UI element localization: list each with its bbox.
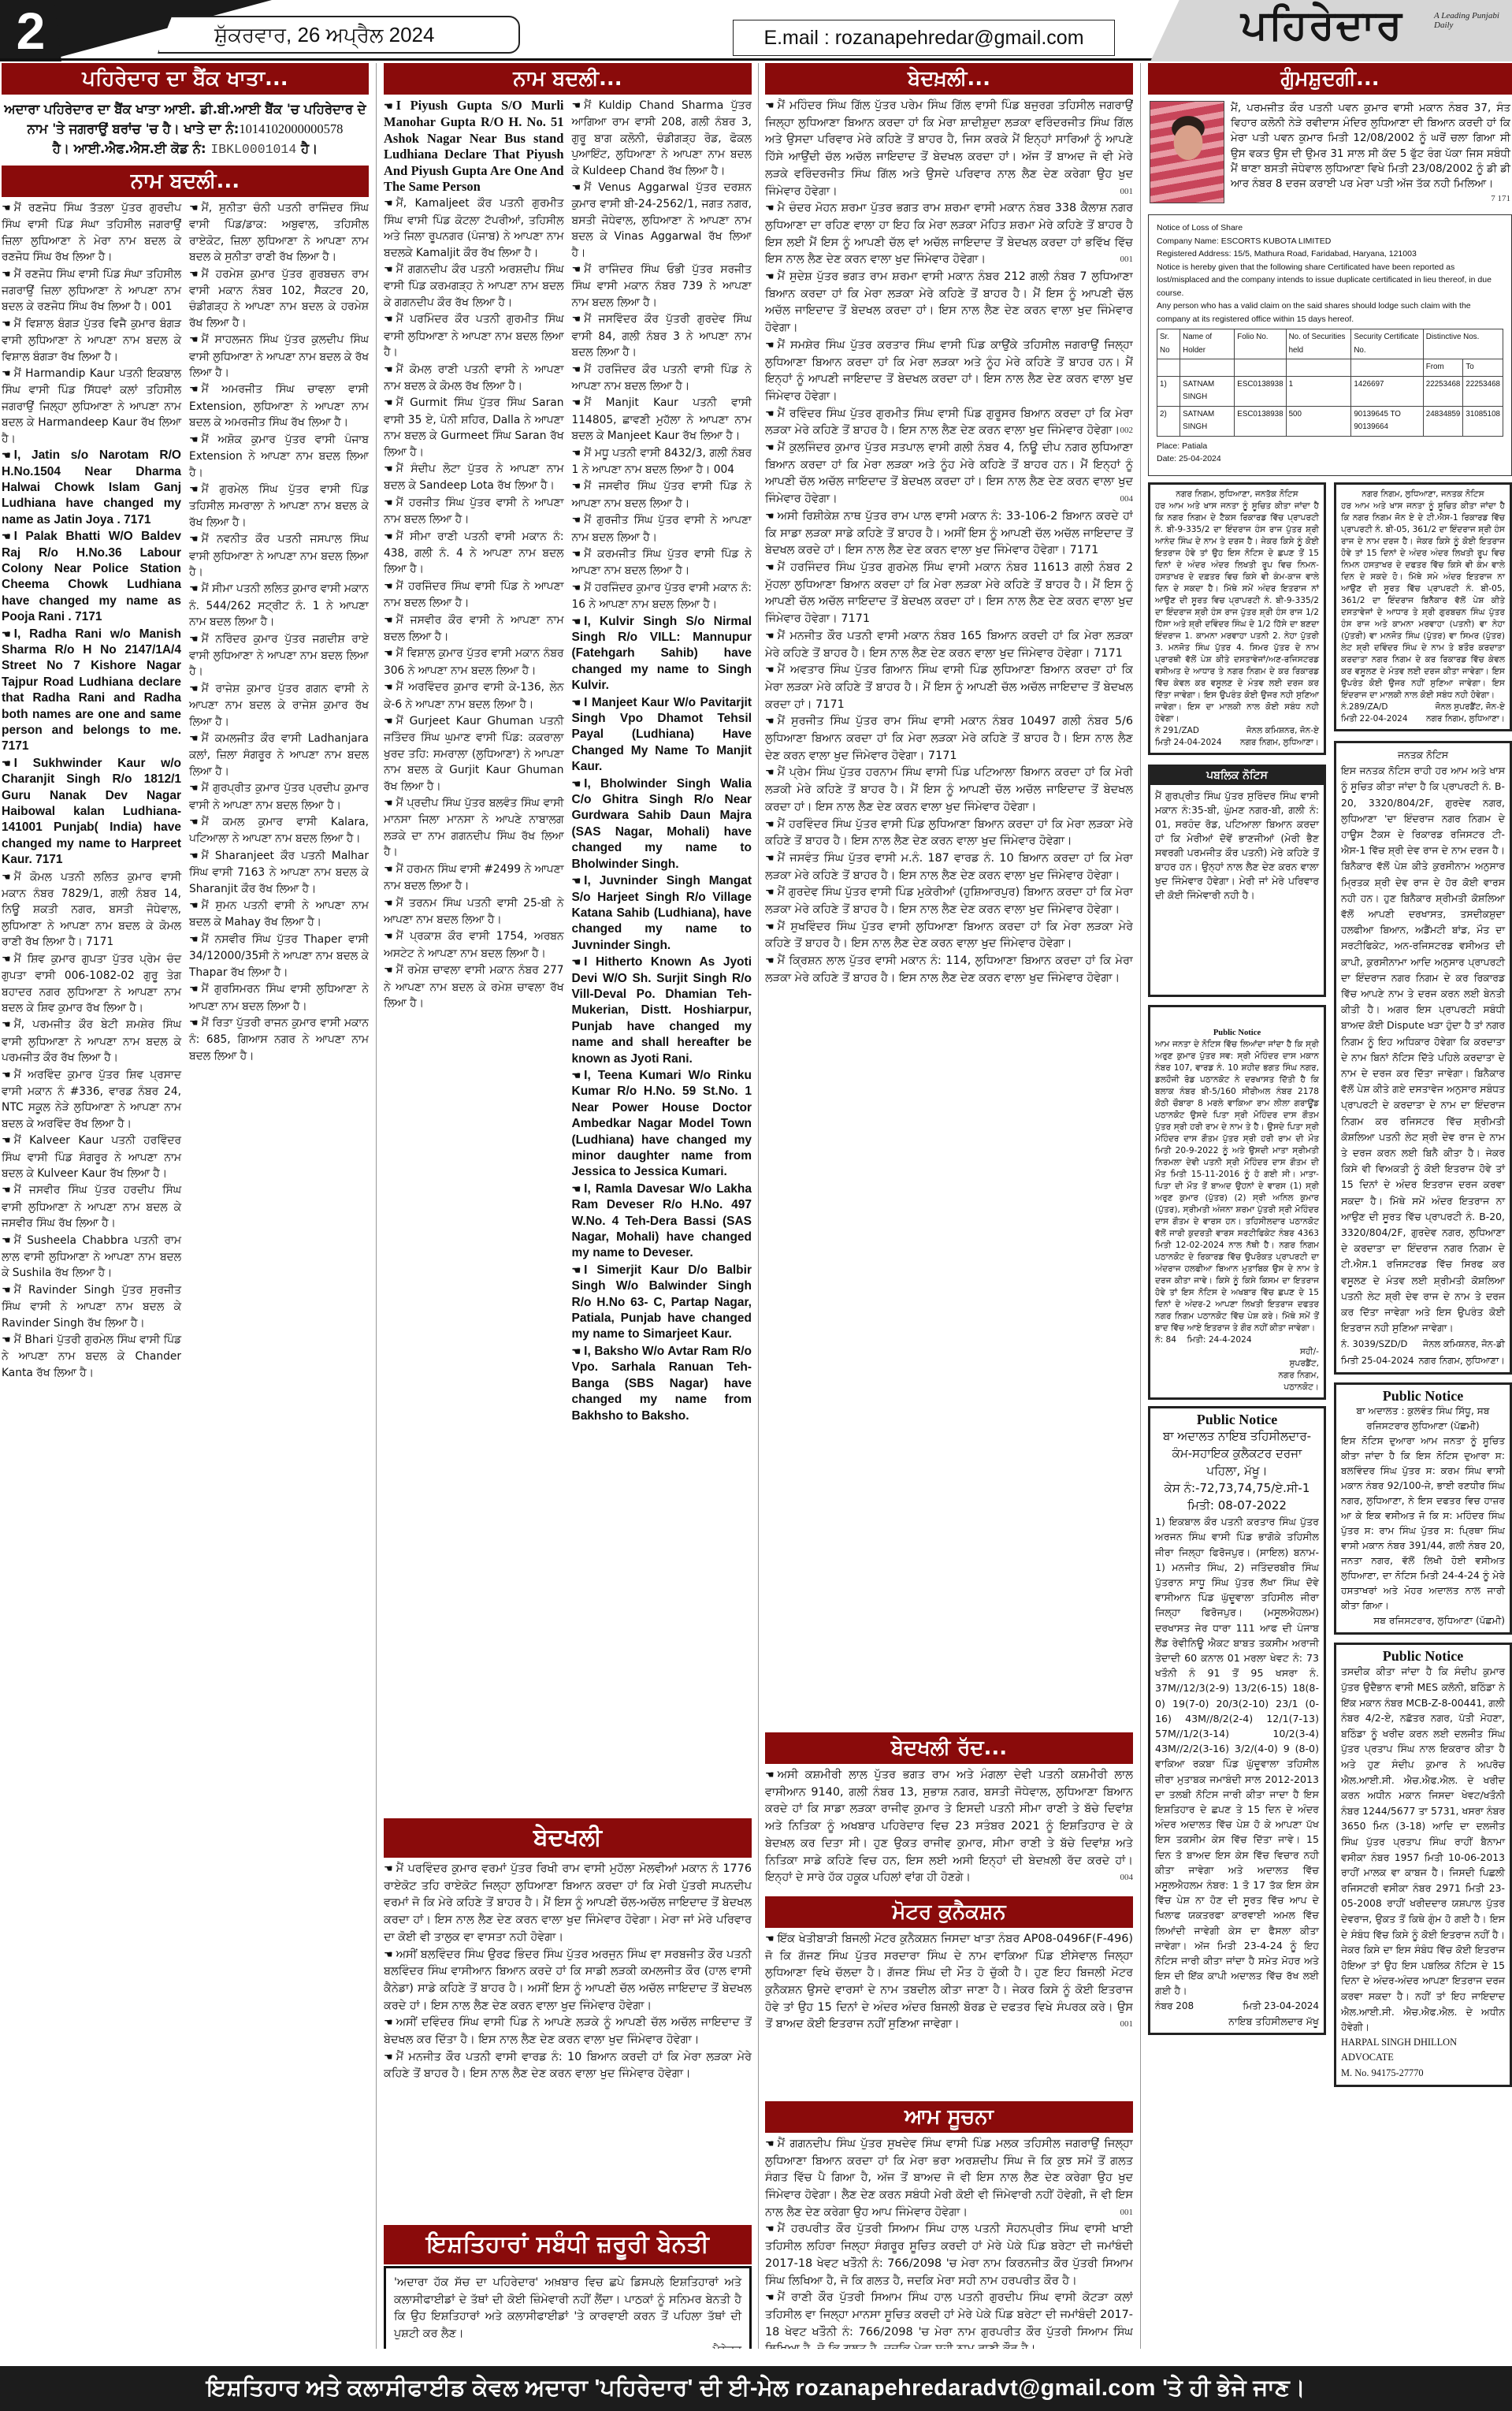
name-change-item: ☚ਮੈਂ ਜਸਵਿੰਦਰ ਕੌਰ ਪੁੱਤਰੀ ਗੁਰਦੇਵ ਸਿੰਘ ਵਾਸੀ… (572, 311, 752, 360)
logo-tagline: A Leading Punjabi Daily (1434, 11, 1512, 30)
disown-item: ☚ਮੈਂ ਸੁਦੇਸ਼ ਪੁੱਤਰ ਭਗਤ ਰਾਮ ਸ਼ਰਮਾ ਵਾਸੀ ਮਕਾ… (765, 269, 1133, 337)
motor-connection-notice: ☚ਇੱਕ ਖੇਤੀਬਾੜੀ ਬਿਜਲੀ ਮੋਟਰ ਕੁਨੈਕਸ਼ਨ ਜਿਸਦਾ … (765, 1931, 1133, 2089)
pointing-hand-icon: ☚ (384, 531, 393, 543)
name-change-item: ☚I Simerjit Kaur D/o Balbir Singh W/o Ba… (572, 1263, 752, 1343)
pointing-hand-icon: ☚ (2, 1135, 11, 1147)
pointing-hand-icon: ☚ (572, 582, 581, 594)
name-change-list: ☚I Piyush Gupta S/O Murli Manohar Gupta … (384, 98, 752, 1812)
general-notice-item: ☚ਮੈਂ ਹਰਪਰੀਤ ਕੌਰ ਪੁੱਤਰੀ ਸਿਆਮ ਸਿੰਘ ਹਾਲ ਪਤਨ… (765, 2221, 1133, 2290)
disown-item: ☚ਮੈ ਚੰਦਰ ਮੋਹਨ ਸ਼ਰਮਾ ਪੁੱਤਰ ਭਗਤ ਰਾਮ ਸ਼ਰਮਾ … (765, 200, 1133, 269)
name-change-item: ☚ਮੈਂ ਗੁਰਪ੍ਰੀਤ ਕੁਮਾਰ ਪੁੱਤਰ ਪ੍ਰਦੀਪ ਕੁਮਾਰ ਵ… (189, 780, 369, 813)
name-change-subcolumn: ☚ਮੈਂ ਰਣਜੋਧ ਸਿੰਘ ਤੱਤਲਾ ਪੁੱਤਰ ਗੁਰਦੀਪ ਸਿੰਘ … (2, 200, 181, 1382)
pointing-hand-icon: ☚ (572, 397, 581, 409)
name-change-item: ☚ਮੈਂ ਅਮਰਜੀਤ ਸਿੰਘ ਚਾਵਲਾ ਵਾਸੀ Extension, ਲ… (189, 381, 369, 430)
pointing-hand-icon: ☚ (765, 340, 775, 352)
name-change-item: ☚I Palak Bhatti W/O Baldev Raj R/o H.No.… (2, 529, 181, 625)
pointing-hand-icon: ☚ (2, 203, 11, 214)
pointing-hand-icon: ☚ (189, 984, 199, 995)
disown-revoke-header: ਬੇਦਖਲੀ ਰੱਦ... (765, 1732, 1133, 1764)
pointing-hand-icon: ☚ (384, 1863, 393, 1875)
pointing-hand-icon: ☚ (189, 683, 199, 695)
name-change-subcolumn: ☚I Piyush Gupta S/O Murli Manohar Gupta … (384, 98, 564, 1812)
pointing-hand-icon: ☚ (384, 497, 393, 509)
pointing-hand-icon: ☚ (2, 954, 11, 966)
pointing-hand-icon: ☚ (765, 664, 775, 676)
pointing-hand-icon: ☚ (765, 271, 775, 283)
name-change-item: ☚ਮੈਂ ਹਰਜਿੰਦਰ ਕੌਰ ਪਤਨੀ ਵਾਸੀ ਪਿੰਡ ਨੇ ਆਪਣਾ … (572, 362, 752, 395)
name-change-item: ☚ਮੈਂ ਰਾਜਿੰਦਰ ਸਿੰਘ ਓਭੀ ਪੁੱਤਰ ਸਰਜੀਤ ਸਿੰਘ ਵ… (572, 262, 752, 311)
pointing-hand-icon: ☚ (765, 819, 775, 831)
column-2: ਨਾਮ ਬਦਲੀ... ☚I Piyush Gupta S/O Murli Ma… (384, 63, 752, 2349)
name-change-item: ☚ਮੈਂ ਕਮਲ ਕੁਮਾਰ ਵਾਸੀ Kalara, ਪਟਿਆਲਾ ਨੇ ਆਪ… (189, 814, 369, 847)
pointing-hand-icon: ☚ (572, 697, 581, 709)
pointing-hand-icon: ☚ (572, 515, 581, 526)
pointing-hand-icon: ☚ (572, 1183, 581, 1195)
name-change-item: ☚ਮੈਂ Sharanjeet ਕੌਰ ਪਤਨੀ Malhar ਸਿੰਘ ਵਾਸ… (189, 848, 369, 897)
pointing-hand-icon: ☚ (384, 397, 393, 409)
disown-header: ਬੇਦਖ਼ਲੀ... (765, 63, 1133, 95)
name-change-item: ☚ਮੈਂ ਰਣਜੋਧ ਸਿੰਘ ਤੱਤਲਾ ਪੁੱਤਰ ਗੁਰਦੀਪ ਸਿੰਘ … (2, 200, 181, 266)
disown-item: ☚ਮੈਂ ਹਰਜਿੰਦਰ ਸਿੰਘ ਪੁੱਤਰ ਗੁਰਮੇਲ ਸਿੰਘ ਵਾਸੀ… (765, 560, 1133, 628)
ad-appeal-text: 'ਅਦਾਰਾ ਹੱਕ ਸੱਚ ਦਾ ਪਹਿਰੇਦਾਰ' ਅਖ਼ਬਾਰ ਵਿਚ ਛ… (394, 2275, 741, 2342)
column-1: ਪਹਿਰੇਦਾਰ ਦਾ ਬੈਂਕ ਖਾਤਾ... ਅਦਾਰਾ ਪਹਿਰੇਦਾਰ … (2, 63, 369, 2349)
name-change-item: ☚ਮੈਂ ਰਾਜੇਸ਼ ਕੁਮਾਰ ਪੁੱਤਰ ਗਗਨ ਵਾਸੀ ਨੇ ਆਪਣਾ… (189, 681, 369, 730)
pointing-hand-icon: ☚ (2, 757, 11, 769)
disown-item: ☚ਮੈਂ ਪ੍ਰੇਮ ਸਿੰਘ ਪੁੱਤਰ ਹਰਨਾਮ ਸਿੰਘ ਵਾਸੀ ਪਿ… (765, 765, 1133, 816)
ad-code: 004 (1120, 491, 1134, 508)
pointing-hand-icon: ☚ (765, 631, 775, 642)
name-change-item: ☚ਮੈਂ, ਪਰਮਜੀਤ ਕੌਰ ਬੇਟੀ ਸ਼ਮਸ਼ੇਰ ਸਿੰਘ ਵਾਸੀ … (2, 1017, 181, 1066)
pointing-hand-icon: ☚ (189, 384, 199, 396)
name-change-item: ☚ਮੈਂ ਪ੍ਰਦੀਪ ਸਿੰਘ ਪੁੱਤਰ ਬਲਵੰਤ ਸਿੰਘ ਵਾਸੀ ਮ… (384, 795, 564, 861)
pointing-hand-icon: ☚ (765, 408, 775, 420)
pointing-hand-icon: ☚ (189, 850, 199, 862)
pointing-hand-icon: ☚ (189, 534, 199, 545)
name-change-header: ਨਾਮ ਬਦਲੀ... (384, 63, 752, 95)
disown-item: ☚ਮੈਂ ਪਰਵਿੰਦਰ ਕੁਮਾਰ ਵਰਮਾਂ ਪੁੱਤਰ ਰਿਖੀ ਰਾਮ … (384, 1861, 752, 1947)
name-change-item: ☚ਮੈਂ ਨਵਨੀਤ ਕੌਰ ਪਤਨੀ ਜਸਪਾਲ ਸਿੰਘ ਵਾਸੀ ਲੁਧਿ… (189, 531, 369, 580)
name-change-item: ☚ਮੈਂ ਹਰਜਿੰਦਰ ਕੁਮਾਰ ਪੁੱਤਰ ਵਾਸੀ ਮਕਾਨ ਨੰ: 1… (572, 580, 752, 613)
name-change-header: ਨਾਮ ਬਦਲੀ... (2, 166, 369, 197)
name-change-item: ☚ਮੈਂ ਸੁਮਨ ਪਤਨੀ ਵਾਸੀ ਨੇ ਆਪਣਾ ਨਾਮ ਬਦਲ ਕੇ M… (189, 898, 369, 931)
public-notice-pa: ਪਬਲਿਕ ਨੋਟਿਸ ਮੈਂ ਗੁਰਪ੍ਰੀਤ ਸਿੰਘ ਪੁੱਤਰ ਸੁਰਿ… (1148, 765, 1326, 997)
name-change-item: ☚ਮੈਂ ਸੀਮਾ ਰਾਣੀ ਪਤਨੀ ਵਾਸੀ ਮਕਾਨ ਨੰ: 438, ਗ… (384, 529, 564, 578)
pointing-hand-icon: ☚ (765, 716, 775, 727)
pointing-hand-icon: ☚ (2, 269, 11, 281)
pointing-hand-icon: ☚ (2, 872, 11, 884)
pointing-hand-icon: ☚ (384, 100, 393, 112)
name-change-list: ☚ਮੈਂ ਰਣਜੋਧ ਸਿੰਘ ਤੱਤਲਾ ਪੁੱਤਰ ਗੁਰਦੀਪ ਸਿੰਘ … (2, 200, 369, 1382)
pointing-hand-icon: ☚ (384, 682, 393, 694)
missing-person-text: ਮੈਂ, ਪਰਮਜੀਤ ਕੌਰ ਪਤਨੀ ਪਵਨ ਕੁਮਾਰ ਵਾਸੀ ਮਕਾਨ… (1231, 101, 1510, 206)
disown-item: ☚ਅਸੀ ਰਿਸ਼ੀਕੇਸ਼ ਨਾਥ ਪੁੱਤਰ ਰਾਮ ਪਾਲ ਵਾਸੀ ਮਕ… (765, 508, 1133, 560)
pointing-hand-icon: ☚ (384, 581, 393, 593)
pointing-hand-icon: ☚ (189, 634, 199, 646)
pointing-hand-icon: ☚ (384, 198, 393, 210)
pointing-hand-icon: ☚ (765, 921, 775, 933)
disown-item: ☚ਮੈਂ ਹਰਵਿੰਦਰ ਸਿੰਘ ਪੁੱਤਰ ਵਾਸੀ ਪਿੰਡ ਲੁਧਿਆਣ… (765, 817, 1133, 850)
name-change-item: ☚I, Kulvir Singh S/o Nirmal Singh R/o VI… (572, 614, 752, 694)
pointing-hand-icon: ☚ (765, 2223, 775, 2235)
pointing-hand-icon: ☚ (384, 314, 393, 326)
pointing-hand-icon: ☚ (189, 817, 199, 828)
pointing-hand-icon: ☚ (572, 314, 581, 326)
bank-account-notice: ਅਦਾਰਾ ਪਹਿਰੇਦਾਰ ਦਾ ਬੈਂਕ ਖਾਤਾ ਆਈ. ਡੀ.ਬੀ.ਆਈ… (2, 98, 369, 166)
general-notice-item: ☚ਮੈਂ ਗਗਨਦੀਪ ਸਿੰਘ ਪੁੱਤਰ ਸੁਖਦੇਵ ਸਿੰਘ ਵਾਸੀ … (765, 2136, 1133, 2222)
name-change-item: ☚ਮੈਂ ਪ੍ਰਕਾਸ਼ ਕੌਰ ਵਾਸੀ 1754, ਅਰਬਨ ਅਸਟੇਟ ਨ… (384, 928, 564, 962)
pathankot-public-notice: Public Notice ਆਮ ਜਨਤਾ ਦੇ ਨੋਟਿਸ ਵਿੱਚ ਲਿਆਂ… (1148, 1005, 1326, 1400)
bank-line: ਹੈ। ਆਈ.ਐਫ.ਐਸ.ਈ ਕੋਡ ਨੰ: IBKL0001014 ਹੈ। (3, 139, 367, 159)
table-header-row: Sr. No Name of Holder Folio No. No. of S… (1157, 329, 1503, 359)
ad-code: 001 (1120, 2016, 1134, 2033)
name-change-item: ☚ਮੈਂ ਸ਼ਿਵ ਕੁਮਾਰ ਗੁਪਤਾ ਪੁੱਤਰ ਪ੍ਰੇਮ ਚੰਦ ਗੁ… (2, 951, 181, 1017)
name-change-item: ☚ਮੈਂ ਰਣਜੋਧ ਸਿੰਘ ਵਾਸੀ ਪਿੰਡ ਸੰਘਾ ਤਹਿਸੀਲ ਜਗ… (2, 266, 181, 315)
pointing-hand-icon: ☚ (2, 1235, 11, 1247)
ad-code: 7 171 (1491, 192, 1510, 206)
disown-item: ☚ਮੈਂ ਕ੍ਰਿਸ਼ਨ ਲਾਲ ਪੁੱਤਰ ਵਾਸੀ ਮਕਾਨ ਨੰ: 114… (765, 953, 1133, 987)
name-change-item: ☚ਮੈਂ ਅਰਵਿੰਦ ਕੁਮਾਰ ਪੁੱਤਰ ਸ਼ਿਵ ਪ੍ਰਸਾਦ ਵਾਸੀ… (2, 1067, 181, 1133)
notice-stack-right: ਨਗਰ ਨਿਗਮ, ਲੁਧਿਆਣਾ, ਜਨਤਕ ਨੋਟਿਸ ਹਰ ਆਮ ਅਤੇ … (1334, 482, 1512, 2088)
disown-item: ☚ਮੈਂ ਰਵਿੰਦਰ ਸਿੰਘ ਪੁੱਤਰ ਗੁਰਮੀਤ ਸਿੰਘ ਵਾਸੀ … (765, 406, 1133, 440)
pointing-hand-icon: ☚ (2, 628, 11, 640)
bathinda-public-notice: Public Notice ਤਸਦੀਕ ਕੀਤਾ ਜਾਂਦਾ ਹੈ ਕਿ ਸੰਦ… (1334, 1643, 1512, 2088)
missing-person-header: ਗੁੰਮਸ਼ੁਦਗੀ... (1148, 63, 1512, 95)
disown-item: ☚ਮੈਂ ਜਸਵੰਤ ਸਿੰਘ ਪੁੱਤਰ ਵਾਸੀ ਮ.ਨੰ. 187 ਵਾਰ… (765, 850, 1133, 884)
ad-code: 001 (1120, 184, 1134, 201)
pointing-hand-icon: ☚ (572, 364, 581, 376)
notice-stack-left: ਨਗਰ ਨਿਗਮ, ਲੁਧਿਆਣਾ, ਜਨਤੱਕ ਨੋਟਿਸ ਹਰ ਆਮ ਅਤੇ… (1148, 482, 1326, 2088)
general-notice-list: ☚ਮੈਂ ਗਗਨਦੀਪ ਸਿੰਘ ਪੁੱਤਰ ਸੁਖਦੇਵ ਸਿੰਘ ਵਾਸੀ … (765, 2136, 1133, 2349)
manager-signature: ਮੈਨੇਜਰ (394, 2342, 741, 2349)
pointing-hand-icon: ☚ (2, 1285, 11, 1297)
pointing-hand-icon: ☚ (189, 203, 199, 214)
pointing-hand-icon: ☚ (572, 1070, 581, 1081)
general-notice-item: ☚ਮੈਂ ਰਾਣੀ ਕੌਰ ਪੁੱਤਰੀ ਸਿਆਮ ਸਿੰਘ ਹਾਲ ਪਤਨੀ … (765, 2290, 1133, 2349)
name-change-item: ☚ਮੈਂ ਨਰਿੰਦਰ ਕੁਮਾਰ ਪੁੱਤਰ ਜਗਦੀਸ਼ ਰਾਏ ਵਾਸੀ … (189, 631, 369, 680)
pointing-hand-icon: ☚ (189, 434, 199, 446)
pointing-hand-icon: ☚ (384, 463, 393, 475)
pointing-hand-icon: ☚ (572, 875, 581, 887)
pointing-hand-icon: ☚ (2, 1070, 11, 1081)
pointing-hand-icon: ☚ (765, 2292, 775, 2304)
pointing-hand-icon: ☚ (2, 1019, 11, 1031)
issue-date: ਸ਼ੁੱਕਰਵਾਰ, 26 ਅਪ੍ਰੈਲ 2024 (158, 16, 520, 54)
name-change-item: ☚I, Juvninder Singh Mangat S/o Harjeet S… (572, 873, 752, 954)
page-number: 2 (0, 0, 61, 61)
bank-account-header: ਪਹਿਰੇਦਾਰ ਦਾ ਬੈਂਕ ਖਾਤਾ... (2, 63, 369, 95)
name-change-item: ☚ਮੈਂ Venus Aggarwal ਪੁੱਤਰ ਦਰਸ਼ਨ ਕੁਮਾਰ ਵਾ… (572, 180, 752, 261)
pointing-hand-icon: ☚ (384, 898, 393, 910)
name-change-item: ☚ਮੈਂ ਹਰਮਨ ਸਿੰਘ ਵਾਸੀ #2499 ਨੇ ਆਪਣਾ ਨਾਮ ਬਦ… (384, 861, 564, 895)
name-change-item: ☚ਮੈਂ ਕਮਲਜੀਤ ਕੌਰ ਵਾਸੀ Ladhanjara ਕਲਾਂ, ਜ਼… (189, 731, 369, 779)
name-change-item: ☚ਮੈਂ, Kamaljeet ਕੌਰ ਪਤਨੀ ਗੁਰਮੀਤ ਸਿੰਘ ਵਾਸ… (384, 195, 564, 261)
disown-item: ☚ਮੈਂ ਸੁਖਵਿੰਦਰ ਸਿੰਘ ਪੁੱਤਰ ਵਾਸੀ ਲੁਧਿਆਣਾ ਬਿ… (765, 919, 1133, 953)
name-change-item: ☚ਮੈਂ ਜਸਵੀਰ ਕੌਰ ਵਾਸੀ ਨੇ ਆਪਣਾ ਨਾਮ ਬਦਲ ਲਿਆ … (384, 612, 564, 646)
name-change-item: ☚ਮੈਂ ਕਰਮਜੀਤ ਸਿੰਘ ਪੁੱਤਰ ਵਾਸੀ ਪਿੰਡ ਨੇ ਆਪਣਾ… (572, 546, 752, 579)
pointing-hand-icon: ☚ (384, 2017, 393, 2029)
column-4: ਗੁੰਮਸ਼ੁਦਗੀ... ਮੈਂ, ਪਰਮਜੀਤ ਕੌਰ ਪਤਨੀ ਪਵਨ ਕ… (1148, 63, 1512, 2349)
name-change-subcolumn: ☚ਮੈਂ Kuldip Chand Sharma ਪੁੱਤਰ ਆਗਿਆ ਰਾਮ … (572, 98, 752, 1812)
disown-item: ☚ਅਸੀਂ ਬਲਵਿੰਦਰ ਸਿੰਘ ਉਰਫ ਭਿੰਦਰ ਸਿੰਘ ਪੁੱਤਰ … (384, 1947, 752, 2015)
masthead: 2 ਸ਼ੁੱਕਰਵਾਰ, 26 ਅਪ੍ਰੈਲ 2024 E.mail : roz… (0, 0, 1512, 61)
missing-person-photo (1150, 101, 1224, 203)
pointing-hand-icon: ☚ (189, 934, 199, 946)
pointing-hand-icon: ☚ (2, 368, 11, 380)
ad-code: 002 (1120, 422, 1134, 440)
pointing-hand-icon: ☚ (572, 264, 581, 276)
footer-banner: ਇਸ਼ਤਿਹਾਰ ਅਤੇ ਕਲਾਸੀਫਾਈਡ ਕੇਵਲ ਅਦਾਰਾ 'ਪਹਿਰੇ… (0, 2366, 1512, 2411)
column-3: ਬੇਦਖ਼ਲੀ... ☚ਮੈਂ ਮਹਿੰਦਰ ਸਿੰਘ ਗਿੱਲ ਪੁੱਤਰ ਪ… (765, 63, 1133, 2349)
pointing-hand-icon: ☚ (765, 887, 775, 899)
ad-code: 004 (1120, 1870, 1134, 1887)
pointing-hand-icon: ☚ (572, 182, 581, 194)
pointing-hand-icon: ☚ (189, 484, 199, 496)
pointing-hand-icon: ☚ (572, 616, 581, 627)
name-change-item: ☚ਮੈਂ ਕੋਮਲ ਰਾਣੀ ਪਤਨੀ ਵਾਸੀ ਨੇ ਆਪਣਾ ਨਾਮ ਬਦਲ… (384, 362, 564, 395)
pointing-hand-icon: ☚ (572, 549, 581, 560)
name-change-item: ☚ਮੈਂ ਰਿਤਾ ਪੁੱਤਰੀ ਰਾਜਨ ਕੁਮਾਰ ਵਾਸੀ ਮਕਾਨ ਨੰ… (189, 1015, 369, 1064)
disown-list: ☚ਮੈਂ ਮਹਿੰਦਰ ਸਿੰਘ ਗਿੱਲ ਪੁੱਤਰ ਪਰੇਮ ਸਿੰਘ ਗਿ… (765, 98, 1133, 1690)
pointing-hand-icon: ☚ (765, 1769, 775, 1781)
pointing-hand-icon: ☚ (189, 583, 199, 595)
column-divider (376, 63, 377, 2349)
name-change-item: ☚ਮੈਂ ਸੰਦੀਪ ਲੋਟਾ ਪੁੱਤਰ ਨੇ ਆਪਣਾ ਨਾਮ ਬਦਲ ਕੇ… (384, 461, 564, 494)
pointing-hand-icon: ☚ (765, 562, 775, 574)
name-change-item: ☚ਮੈਂ ਕੋਮਲ ਪਤਨੀ ਲਲਿਤ ਕੁਮਾਰ ਵਾਸੀ ਮਕਾਨ ਨੰਬਰ… (2, 869, 181, 951)
name-change-item: ☚ਮੈਂ ਮਧੂ ਪਤਨੀ ਵਾਸੀ 8432/3, ਗਲੀ ਨੰਬਰ 1 ਨੇ… (572, 445, 752, 478)
masthead-rule (0, 58, 1166, 61)
name-change-item: ☚ਮੈਂ, ਸੁਨੀਤਾ ਚੰਨੀ ਪਤਨੀ ਰਾਜਿੰਦਰ ਸਿੰਘ ਵਾਸੀ… (189, 200, 369, 266)
pointing-hand-icon: ☚ (189, 783, 199, 794)
tehsildar-public-notice: Public Notice ਬਾ ਅਦਾਲਤ ਨਾਇਬ ਤਹਿਸੀਲਦਾਰ- ਕ… (1148, 1406, 1326, 2035)
name-change-item: ☚ਮੈਂ Manjit Kaur ਪਤਨੀ ਵਾਸੀ 114805, ਛਾਵਣੀ… (572, 395, 752, 444)
name-change-item: ☚ਮੈਂ ਅਸ਼ੋਕ ਕੁਮਾਰ ਪੁੱਤਰ ਵਾਸੀ ਪੰਜਾਬ Extens… (189, 432, 369, 481)
column-divider (758, 63, 759, 2349)
name-change-item: ☚ਮੈਂ ਨਸਵੀਰ ਸਿੰਘ ਪੁੱਤਰ Thaper ਵਾਸੀ 34/120… (189, 932, 369, 980)
pointing-hand-icon: ☚ (765, 100, 775, 112)
disown-revoke-notice: ☚ਅਸੀ ਕਸ਼ਮੀਰੀ ਲਾਲ ਪੁੱਤਰ ਭਗਤ ਰਾਮ ਅਤੇ ਮੰਗਲਾ… (765, 1767, 1133, 1887)
pointing-hand-icon: ☚ (765, 2138, 775, 2150)
name-change-item: ☚ਮੈਂ ਜਸਵੀਰ ਸਿੰਘ ਪੁੱਤਰ ਵਾਸੀ ਪਿੰਡ ਨੇ ਆਪਣਾ … (572, 478, 752, 512)
pointing-hand-icon: ☚ (2, 530, 11, 542)
newspaper-logo: ਪਹਿਰੇਦਾਰ (1241, 2, 1403, 50)
pointing-hand-icon: ☚ (384, 615, 393, 627)
pointing-hand-icon: ☚ (384, 2052, 393, 2063)
name-change-item: ☚I, Teena Kumari W/o Rinku Kumar R/o H.N… (572, 1068, 752, 1181)
pointing-hand-icon: ☚ (189, 733, 199, 745)
motor-connection-header: ਮੋਟਰ ਕੁਨੈਕਸ਼ਨ (765, 1896, 1133, 1928)
name-change-item: ☚ਮੈਂ ਸੀਮਾ ਪਤਨੀ ਲਲਿਤ ਕੁਮਾਰ ਵਾਸੀ ਮਕਾਨ ਨੰ. … (189, 581, 369, 630)
pointing-hand-icon: ☚ (765, 442, 775, 454)
pointing-hand-icon: ☚ (189, 1018, 199, 1029)
name-change-item: ☚I Sukhwinder Kaur w/o Charanjit Singh R… (2, 756, 181, 869)
name-change-item: ☚I, Baksho W/o Avtar Ram R/o Vpo. Sarhal… (572, 1344, 752, 1424)
disown-header: ਬੇਦਖਲੀ (384, 1818, 752, 1858)
table-subheader-row: From To (1157, 359, 1503, 377)
notice-place: Place: Patiala (1157, 440, 1503, 453)
name-change-item: ☚I, Jatin s/o Narotam R/O H.No.1504 Near… (2, 448, 181, 528)
pointing-hand-icon: ☚ (189, 269, 199, 281)
ad-appeal-box: 'ਅਦਾਰਾ ਹੱਕ ਸੱਚ ਦਾ ਪਹਿਰੇਦਾਰ' ਅਖ਼ਬਾਰ ਵਿਚ ਛ… (384, 2266, 752, 2349)
disown-item: ☚ਮੈਂ ਮਨਜੀਤ ਕੌਰ ਪਤਨੀ ਵਾਸੀ ਮਕਾਨ ਨੰਬਰ 165 ਬ… (765, 628, 1133, 662)
sub-registrar-notice: Public Notice ਬਾ ਅਦਾਲਤ : ਕੁਲਵੰਤ ਸਿੰਘ ਸਿੱ… (1334, 1382, 1512, 1635)
name-change-item: ☚ਮੈਂ Gurmit ਸਿੰਘ ਪੁੱਤਰ ਸਿੰਘ Saran ਵਾਸੀ 3… (384, 395, 564, 460)
name-change-item: ☚ਮੈਂ ਗੁਰਜੀਤ ਸਿੰਘ ਪੁੱਤਰ ਵਾਸੀ ਨੇ ਆਪਣਾ ਨਾਮ … (572, 512, 752, 545)
pointing-hand-icon: ☚ (572, 448, 581, 460)
name-change-item: ☚ਮੈਂ ਰਮੇਸ਼ ਚਾਵਲਾ ਵਾਸੀ ਮਕਾਨ ਨੰਬਰ 277 ਨੇ ਆ… (384, 962, 564, 1011)
disown-item: ☚ਮੈਂ ਸੁਰਜੀਤ ਸਿੰਘ ਪੁੱਤਰ ਰਾਮ ਸਿੰਘ ਵਾਸੀ ਮਕਾ… (765, 713, 1133, 765)
column-divider (1140, 63, 1141, 2349)
name-change-item: ☚ਮੈਂ Gurjeet Kaur Ghuman ਪਤਨੀ ਜਤਿੰਦਰ ਸਿੰ… (384, 713, 564, 794)
pointing-hand-icon: ☚ (765, 767, 775, 779)
pointing-hand-icon: ☚ (765, 511, 775, 523)
mc-public-notice-2: ਨਗਰ ਨਿਗਮ, ਲੁਧਿਆਣਾ, ਜਨਤਕ ਨੋਟਿਸ ਹਰ ਆਮ ਅਤੇ … (1334, 482, 1512, 731)
account-number: 1014102000000578 (239, 121, 343, 136)
pointing-hand-icon: ☚ (2, 1334, 11, 1346)
disown-item: ☚ਮੈਂ ਮਨਜੀਤ ਕੌਰ ਪਤਨੀ ਵਾਸੀ ਵਾਰਡ ਨੰ: 10 ਬਿਆ… (384, 2049, 752, 2083)
pointing-hand-icon: ☚ (2, 318, 11, 330)
pointing-hand-icon: ☚ (765, 203, 775, 214)
name-change-item: ☚ਮੈਂ Susheela Chabbra ਪਤਨੀ ਰਾਮ ਲਾਲ ਵਾਸੀ … (2, 1233, 181, 1282)
name-change-item: ☚I Piyush Gupta S/O Murli Manohar Gupta … (384, 98, 564, 195)
name-change-item: ☚ਮੈਂ Ravinder Singh ਪੁੱਤਰ ਸੁਰਜੀਤ ਸਿੰਘ ਵਾ… (2, 1282, 181, 1331)
name-change-item: ☚ਮੈਂ ਸਾਹਲਜਨ ਸਿੰਘ ਪੁੱਤਰ ਕੁਲਦੀਪ ਸਿੰਘ ਵਾਸੀ … (189, 332, 369, 381)
company-name: Company Name: ESCORTS KUBOTA LIMITED (1157, 235, 1503, 248)
name-change-item: ☚ਮੈਂ ਹਰਜੀਤ ਸਿੰਘ ਪੁੱਤਰ ਵਾਸੀ ਨੇ ਆਪਣਾ ਨਾਮ ਬ… (384, 495, 564, 528)
name-change-item: ☚ਮੈਂ Bhari ਪੁੱਤਰੀ ਗੁਰਮੇਲ ਸਿੰਘ ਵਾਸੀ ਪਿੰਡ … (2, 1332, 181, 1381)
general-notice-header: ਆਮ ਸੂਚਨਾ (765, 2101, 1133, 2133)
pointing-hand-icon: ☚ (572, 1264, 581, 1276)
disown-list: ☚ਮੈਂ ਪਰਵਿੰਦਰ ਕੁਮਾਰ ਵਰਮਾਂ ਪੁੱਤਰ ਰਿਖੀ ਰਾਮ … (384, 1861, 752, 2208)
ad-code: 001 (1120, 2205, 1134, 2222)
name-change-item: ☚ਮੈਂ Kalveer Kaur ਪਤਨੀ ਹਰਵਿੰਦਰ ਸਿੰਘ ਵਾਸੀ… (2, 1133, 181, 1181)
pointing-hand-icon: ☚ (765, 853, 775, 865)
missing-person-notice: ਮੈਂ, ਪਰਮਜੀਤ ਕੌਰ ਪਤਨੀ ਪਵਨ ਕੁਮਾਰ ਵਾਸੀ ਮਕਾਨ… (1148, 98, 1512, 211)
name-change-item: ☚ਮੈਂ ਹਰਮੇਸ਼ ਕੁਮਾਰ ਪੁੱਤਰ ਗੁਰਬਚਨ ਰਾਮ ਵਾਸੀ … (189, 266, 369, 332)
pointing-hand-icon: ☚ (384, 965, 393, 977)
ifsc-code: IBKL0001014 (210, 142, 296, 157)
share-table: Sr. No Name of Holder Folio No. No. of S… (1157, 329, 1503, 437)
name-change-item: ☚I, Bholwinder Singh Walia C/o Ghitra Si… (572, 776, 752, 872)
pointing-hand-icon: ☚ (572, 956, 581, 968)
disown-item: ☚ਮੈਂ ਅਵਤਾਰ ਸਿੰਘ ਪੁੱਤਰ ਗਿਆਨ ਸਿੰਘ ਵਾਸੀ ਪਿੰ… (765, 662, 1133, 713)
pointing-hand-icon: ☚ (189, 334, 199, 346)
pointing-hand-icon: ☚ (384, 1949, 393, 1961)
name-change-item: ☚ਮੈਂ ਪਰਮਿੰਦਰ ਕੌਰ ਪਤਨੀ ਗੁਰਮੀਤ ਸਿੰਘ ਵਾਸੀ ਲ… (384, 311, 564, 360)
notice-date: Date: 25-04-2024 (1157, 452, 1503, 466)
name-change-item: ☚I Manjeet Kaur W/o Pavitarjit Singh Vpo… (572, 695, 752, 776)
name-change-item: ☚I Hitherto Known As Jyoti Devi W/O Sh. … (572, 954, 752, 1067)
disown-item: ☚ਮੈਂ ਕੁਲਜਿੰਦਰ ਕੁਮਾਰ ਪੁੱਤਰ ਸਤਪਾਲ ਵਾਸੀ ਗਲੀ… (765, 440, 1133, 508)
pointing-hand-icon: ☚ (384, 931, 393, 943)
ad-appeal-header: ਇਸ਼ਤਿਹਾਰਾਂ ਸਬੰਧੀ ਜ਼ਰੂਰੀ ਬੇਨਤੀ (384, 2225, 752, 2264)
pointing-hand-icon: ☚ (765, 1933, 775, 1945)
jantak-notice: ਜਨਤਕ ਨੋਟਿਸ ਇਸ ਜਨਤਕ ਨੋਟਿਸ ਰਾਹੀ ਹਰ ਆਮ ਅਤੇ … (1334, 741, 1512, 1375)
pointing-hand-icon: ☚ (384, 648, 393, 660)
bank-line: ਅਦਾਰਾ ਪਹਿਰੇਦਾਰ ਦਾ ਬੈਂਕ ਖਾਤਾ ਆਈ. ਡੀ.ਬੀ.ਆਈ… (3, 99, 367, 119)
disown-item: ☚ਅਸੀਂ ਦਵਿੰਦਰ ਸਿੰਘ ਵਾਸੀ ਪਿੰਡ ਨੇ ਆਪਣੇ ਲੜਕੇ… (384, 2015, 752, 2048)
name-change-item: ☚ਮੈਂ ਅਰਵਿੰਦਰ ਕੁਮਾਰ ਵਾਸੀ ਕੇ-136, ਲੇਨ ਕੇ-6… (384, 679, 564, 713)
bank-line: ਨਾਮ 'ਤੇ ਜਗਰਾਉਂ ਬਰਾਂਚ 'ਚ ਹੈ। ਖਾਤੇ ਦਾ ਨੰ:1… (3, 119, 367, 139)
name-change-item: ☚ਮੈਂ Kuldip Chand Sharma ਪੁੱਤਰ ਆਗਿਆ ਰਾਮ … (572, 98, 752, 179)
name-change-item: ☚ਮੈਂ ਗੁਰਸਿਮਰਨ ਸਿੰਘ ਵਾਸੀ ਲੁਧਿਆਣਾ ਨੇ ਆਪਣਾ … (189, 981, 369, 1014)
pointing-hand-icon: ☚ (189, 900, 199, 912)
email-contact[interactable]: E.mail : rozanapehredar@gmail.com (733, 20, 1115, 56)
share-loss-notice: Notice of Loss of Share Company Name: ES… (1148, 214, 1512, 476)
name-change-item: ☚ਮੈਂ ਵਿਸ਼ਾਲ ਕੁਮਾਰ ਪੁੱਤਰ ਵਾਸੀ ਮਕਾਨ ਨੰਬਰ 3… (384, 646, 564, 679)
pointing-hand-icon: ☚ (2, 1185, 11, 1196)
pointing-hand-icon: ☚ (2, 449, 11, 461)
name-change-item: ☚ਮੈਂ ਤਰਨਮ ਸਿੰਘ ਪਤਨੀ ਵਾਸੀ 25-ਬੀ ਨੇ ਆਪਣਾ ਨ… (384, 895, 564, 928)
name-change-item: ☚I, Ramla Davesar W/o Lakha Ram Deveser … (572, 1181, 752, 1262)
disown-item: ☚ਮੈਂ ਗੁਰਦੇਵ ਸਿੰਘ ਪੁੱਤਰ ਵਾਸੀ ਪਿੰਡ ਮੁਕੇਰੀਆ… (765, 884, 1133, 918)
pointing-hand-icon: ☚ (384, 798, 393, 809)
table-row: 2)SATNAM SINGHESC013893850090139645 TO 9… (1157, 406, 1503, 436)
disown-item: ☚ਮੈਂ ਮਹਿੰਦਰ ਸਿੰਘ ਗਿੱਲ ਪੁੱਤਰ ਪਰੇਮ ਸਿੰਘ ਗਿ… (765, 98, 1133, 200)
pointing-hand-icon: ☚ (384, 264, 393, 276)
name-change-item: ☚ਮੈਂ Harmandip Kaur ਪਤਨੀ ਇਕਬਾਲ ਸਿੰਘ ਵਾਸੀ… (2, 366, 181, 447)
pointing-hand-icon: ☚ (572, 481, 581, 493)
pointing-hand-icon: ☚ (384, 364, 393, 376)
public-notices-grid: ਨਗਰ ਨਿਗਮ, ਲੁਧਿਆਣਾ, ਜਨਤੱਕ ਨੋਟਿਸ ਹਰ ਆਮ ਅਤੇ… (1148, 482, 1512, 2088)
name-change-item: ☚ਮੈਂ ਗੁਰਮੇਲ ਸਿੰਘ ਪੁੱਤਰ ਵਾਸੀ ਪਿੰਡ ਤਹਿਸੀਲ … (189, 482, 369, 530)
table-row: 1)SATNAM SINGHESC01389381142669722253468… (1157, 376, 1503, 406)
name-change-item: ☚ਮੈਂ ਜਸਵੀਰ ਸਿੰਘ ਪੁੱਤਰ ਹਰਦੀਪ ਸਿੰਘ ਵਾਸੀ ਲੁ… (2, 1182, 181, 1231)
share-notice-title: Notice of Loss of Share (1157, 221, 1503, 235)
pointing-hand-icon: ☚ (572, 100, 581, 112)
ad-code: 001 (1120, 251, 1134, 269)
disown-item: ☚ਮੈਂ ਸਮਸ਼ੇਰ ਸਿੰਘ ਪੁੱਤਰ ਕਰਤਾਰ ਸਿੰਘ ਵਾਸੀ ਪ… (765, 337, 1133, 406)
pointing-hand-icon: ☚ (572, 778, 581, 790)
name-change-subcolumn: ☚ਮੈਂ, ਸੁਨੀਤਾ ਚੰਨੀ ਪਤਨੀ ਰਾਜਿੰਦਰ ਸਿੰਘ ਵਾਸੀ… (189, 200, 369, 1382)
pointing-hand-icon: ☚ (765, 955, 775, 967)
pointing-hand-icon: ☚ (572, 1345, 581, 1357)
mc-public-notice-1: ਨਗਰ ਨਿਗਮ, ਲੁਧਿਆਣਾ, ਜਨਤੱਕ ਨੋਟਿਸ ਹਰ ਆਮ ਅਤੇ… (1148, 482, 1326, 755)
pointing-hand-icon: ☚ (384, 716, 393, 727)
name-change-item: ☚I, Radha Rani w/o Manish Sharma R/o H N… (2, 627, 181, 755)
name-change-item: ☚ਮੈਂ ਵਿਸ਼ਾਲ ਬੰਗੜ ਪੁੱਤਰ ਵਿਜੈ ਕੁਮਾਰ ਬੰਗੜ ਵ… (2, 316, 181, 365)
name-change-item: ☚ਮੈਂ ਹਰਜਿੰਦਰ ਸਿੰਘ ਵਾਸੀ ਪਿੰਡ ਨੇ ਆਪਣਾ ਨਾਮ … (384, 579, 564, 612)
company-address: Registered Address: 15/5, Mathura Road, … (1157, 247, 1503, 261)
name-change-item: ☚ਮੈਂ ਗਗਨਦੀਪ ਕੌਰ ਪਤਨੀ ਅਰਸ਼ਦੀਪ ਸਿੰਘ ਵਾਸੀ ਪ… (384, 262, 564, 311)
pointing-hand-icon: ☚ (384, 864, 393, 876)
